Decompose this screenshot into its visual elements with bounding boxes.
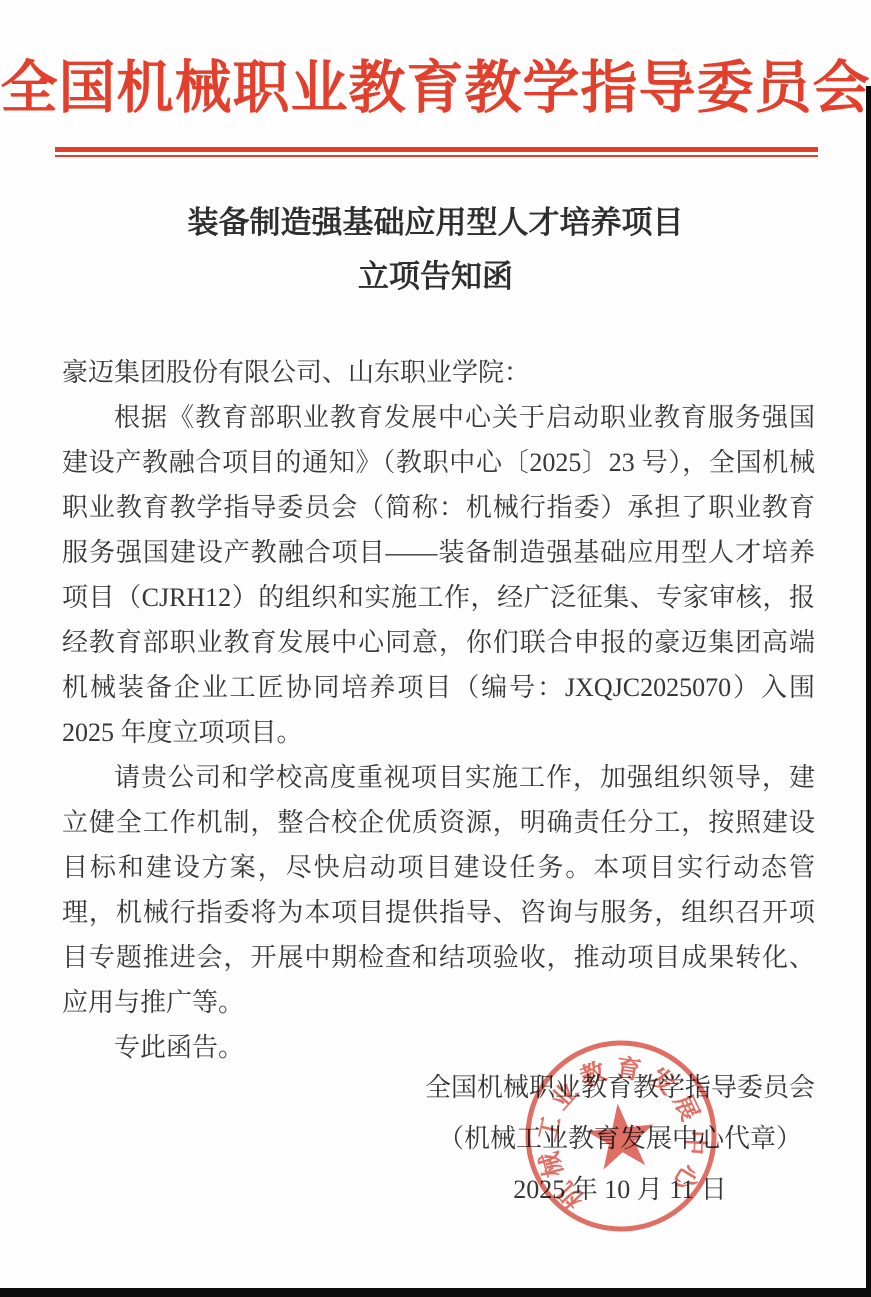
scan-artifact-right-edge	[866, 86, 871, 1297]
scan-artifact-bottom-edge	[0, 1288, 871, 1297]
signature-seal-note: （机械工业教育发展中心代章）	[438, 1113, 802, 1164]
letterhead-org-name: 全国机械职业教育教学指导委员会	[0, 46, 871, 132]
document-title-line-1: 装备制造强基础应用型人才培养项目	[0, 196, 871, 250]
document-title-line-2: 立项告知函	[0, 250, 871, 304]
body-paragraph-2: 请贵公司和学校高度重视项目实施工作，加强组织领导，建立健全工作机制，整合校企优质…	[62, 755, 815, 1025]
signature-date: 2025 年 10 月 11 日	[513, 1164, 727, 1215]
signature-block: 全国机械职业教育教学指导委员会 （机械工业教育发展中心代章） 2025 年 10…	[425, 1062, 815, 1215]
divider-thin-line	[55, 155, 818, 157]
body-paragraph-1: 根据《教育部职业教育发展中心关于启动职业教育服务强国建设产教融合项目的通知》（教…	[62, 395, 815, 755]
letter-body: 豪迈集团股份有限公司、山东职业学院： 根据《教育部职业教育发展中心关于启动职业教…	[62, 350, 815, 1070]
signature-org-name: 全国机械职业教育教学指导委员会	[425, 1062, 815, 1113]
document-title: 装备制造强基础应用型人才培养项目 立项告知函	[0, 196, 871, 304]
salutation: 豪迈集团股份有限公司、山东职业学院：	[62, 350, 815, 395]
letterhead-divider	[55, 147, 818, 157]
scanned-letter-page: 全国机械职业教育教学指导委员会 装备制造强基础应用型人才培养项目 立项告知函 豪…	[0, 0, 871, 1297]
